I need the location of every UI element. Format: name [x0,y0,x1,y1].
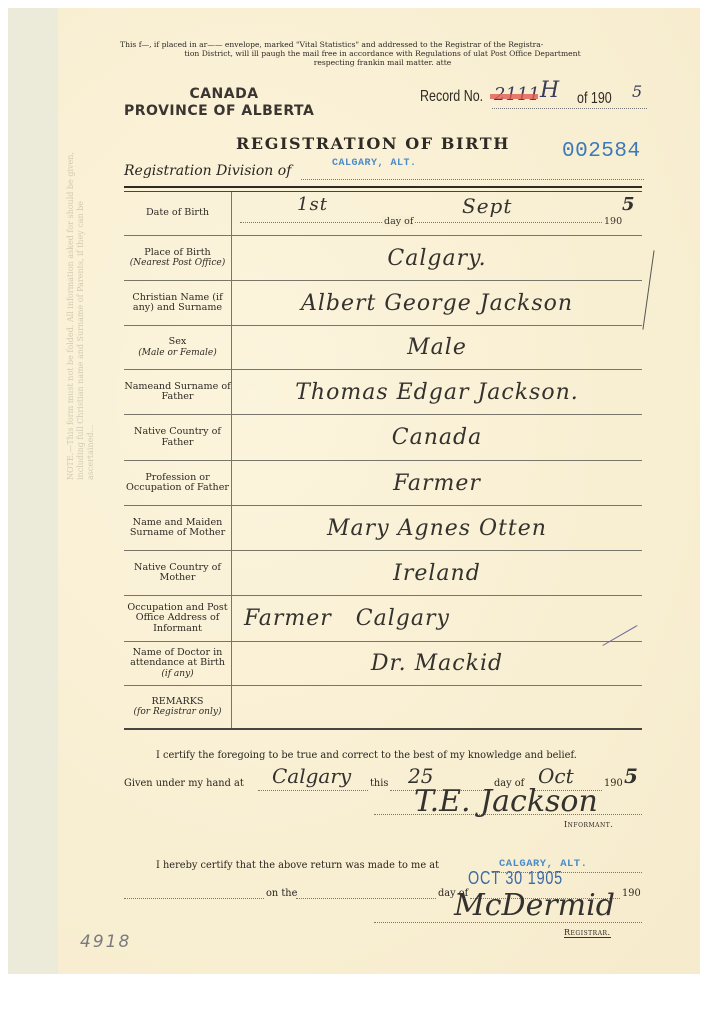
informant-signature: T.E. Jackson [414,784,598,819]
mother-name-value: Mary Agnes Otten [232,506,642,550]
row-informant: Occupation and Post Office Address of In… [124,596,642,642]
year-prefix: 190 [602,216,624,227]
dotted-line [124,898,264,899]
field-label: Date of Birth [124,192,232,235]
field-label: Name and Maiden Surname of Mother [124,506,232,550]
field-label: Christian Name (if any) and Surname [124,281,232,325]
label-sub: (Male or Female) [138,348,216,359]
registrar-signature: McDermid [454,888,615,923]
field-label: Occupation and Post Office Address of In… [124,596,232,641]
field-label: Native Country of Father [124,415,232,460]
label-sub: (for Registrar only) [134,707,222,718]
birth-details-table: Date of Birth 1st day of Sept 190 5 Plac… [124,192,642,730]
mother-country-value: Ireland [232,551,642,595]
record-dotted-line [492,108,647,109]
row-father-country: Native Country of Father Canada [124,415,642,461]
received-date-stamp: OCT 30 1905 [468,868,563,889]
document-title: REGISTRATION OF BIRTH [236,134,510,153]
row-remarks: REMARKS(for Registrar only) [124,686,642,730]
record-number-handwritten: H [540,78,559,103]
field-label: Profession or Occupation of Father [124,461,232,505]
row-date-of-birth: Date of Birth 1st day of Sept 190 5 [124,192,642,236]
header-rule-thick [124,186,642,188]
registration-division: Registration Division of CALGARY, ALT. [124,163,644,179]
registrar-statement: I hereby certify that the above return w… [156,860,439,871]
label-text: Sex [169,337,187,348]
postal-notice-line-2: tion District, will ill paugh the mail f… [120,49,645,58]
row-mother-country: Native Country of Mother Ireland [124,551,642,596]
place-of-birth-value: Calgary. [232,236,642,280]
division-dotted-line [301,179,644,180]
registrar-label: Registrar. [564,928,611,938]
sex-value: Male [232,326,642,369]
field-label: Native Country of Mother [124,551,232,595]
field-label: Nameand Surname of Father [124,370,232,414]
doctor-value: Dr. Mackid [232,642,642,685]
birth-year-suffix: 5 [622,194,636,215]
postal-notice-line-3: respecting frankin mail matter. atte [120,58,645,67]
label-text: REMARKS [152,697,204,708]
father-name-value: Thomas Edgar Jackson. [232,370,642,414]
certification-place: Calgary [272,764,351,788]
day-of-label: day of [382,216,415,227]
dotted-line [258,790,368,791]
this-label: this [370,778,388,789]
given-label: Given under my hand at [124,778,244,789]
on-the-label: on the [266,888,297,899]
certification-year-suffix: 5 [624,764,638,788]
dotted-line [240,222,612,223]
informant-value: Farmer Calgary [232,596,642,641]
year-prefix: 190 [622,888,641,899]
birth-month: Sept [462,194,512,218]
row-mother-name: Name and Maiden Surname of Mother Mary A… [124,506,642,551]
row-place-of-birth: Place of Birth(Nearest Post Office) Calg… [124,236,642,281]
row-doctor: Name of Doctor in attendance at Birth(if… [124,642,642,686]
postal-notice-line-1: This f—, if placed in ar—— envelope, mar… [120,40,645,49]
label-text: Name of Doctor in attendance at Birth [124,648,231,669]
row-child-name: Christian Name (if any) and Surname Albe… [124,281,642,326]
faded-side-note: NOTE.—This form must not be folded. All … [66,150,96,480]
year-prefix: 190 [604,778,623,789]
record-of-year-label: of 190 [577,90,621,108]
record-label: Record No. [420,88,483,106]
date-of-birth-value: 1st day of Sept 190 5 [232,192,642,235]
label-sub: (Nearest Post Office) [130,258,226,269]
record-number-block: Record No. 2111 H of 190 5 [420,88,650,106]
certification-statement: I certify the foregoing to be true and c… [156,750,577,761]
field-label: Place of Birth(Nearest Post Office) [124,236,232,280]
division-stamp: CALGARY, ALT. [332,158,417,169]
scan-backing-strip [8,8,60,974]
father-occupation-value: Farmer [232,461,642,505]
birth-day: 1st [297,194,328,215]
child-name-value: Albert George Jackson [232,281,642,325]
postal-notice: This f—, if placed in ar—— envelope, mar… [120,40,645,67]
province-name: PROVINCE OF ALBERTA [124,103,324,120]
father-country-value: Canada [232,415,642,460]
division-label: Registration Division of [124,163,291,179]
remarks-value [232,686,642,728]
row-father-occupation: Profession or Occupation of Father Farme… [124,461,642,506]
record-year-handwritten: 5 [632,82,642,101]
field-label: REMARKS(for Registrar only) [124,686,232,728]
pencil-margin-note: 4918 [80,932,131,952]
field-label: Sex(Male or Female) [124,326,232,369]
country-name: CANADA [124,86,324,103]
red-strikethrough [490,94,538,99]
jurisdiction-heading: CANADA PROVINCE OF ALBERTA [124,86,324,120]
informant-label: Informant. [564,820,613,829]
label-text: Place of Birth [144,248,210,259]
label-sub: (if any) [161,669,193,680]
record-of-text: of 190 [577,90,612,108]
dotted-line [296,898,436,899]
serial-number-stamp: 002584 [562,140,641,163]
row-father-name: Nameand Surname of Father Thomas Edgar J… [124,370,642,415]
row-sex: Sex(Male or Female) Male [124,326,642,370]
field-label: Name of Doctor in attendance at Birth(if… [124,642,232,685]
